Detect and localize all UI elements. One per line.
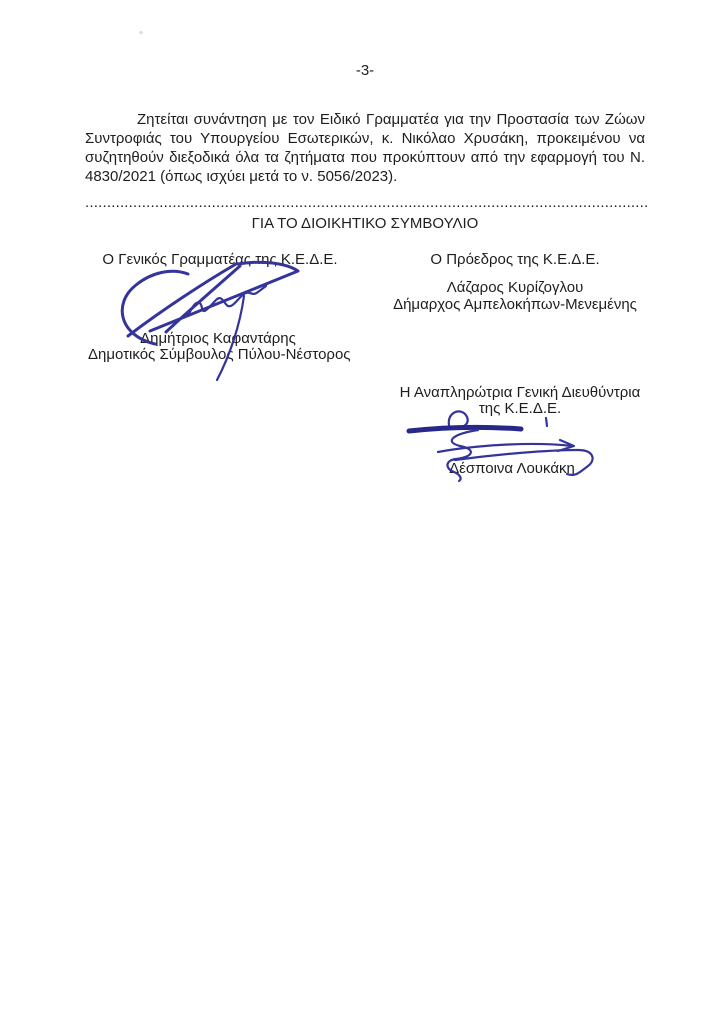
secretary-role: Ο Γενικός Γραμματέας της Κ.Ε.Δ.Ε. — [90, 251, 350, 268]
paragraph-line-2: Συντροφιάς του Υπουργείου Εσωτερικών, κ.… — [85, 129, 645, 148]
body-paragraph: Ζητείται συνάντηση με τον Ειδικό Γραμματ… — [85, 110, 645, 186]
director-role-line1: Η Αναπληρώτρια Γενική Διευθύντρια — [390, 384, 650, 401]
paragraph-line-3: συζητηθούν διεξοδικά όλα τα ζητήματα που… — [85, 148, 645, 167]
secretary-title: Δημοτικός Σύμβουλος Πύλου-Νέστορος — [88, 346, 348, 363]
president-name: Λάζαρος Κυρίζογλου — [385, 279, 645, 296]
paragraph-line-1: Ζητείται συνάντηση με τον Ειδικό Γραμματ… — [85, 110, 645, 129]
page-number: -3- — [0, 62, 724, 79]
director-role-line2: της Κ.Ε.Δ.Ε. — [390, 400, 650, 417]
document-page: -3- Ζητείται συνάντηση με τον Ειδικό Γρα… — [0, 0, 724, 1024]
secretary-signature — [105, 250, 315, 390]
director-name: Δέσποινα Λουκάκη — [382, 460, 642, 477]
dotted-separator: ........................................… — [85, 194, 647, 211]
president-title: Δήμαρχος Αμπελοκήπων-Μενεμένης — [385, 296, 645, 313]
president-role: Ο Πρόεδρος της Κ.Ε.Δ.Ε. — [385, 251, 645, 268]
secretary-name: Δημήτριος Καφαντάρης — [88, 330, 348, 347]
board-heading: ΓΙΑ ΤΟ ΔΙΟΙΚΗΤΙΚΟ ΣΥΜΒΟΥΛΙΟ — [85, 215, 645, 232]
paragraph-line-4: 4830/2021 (όπως ισχύει μετά το ν. 5056/2… — [85, 167, 645, 186]
scan-artifact — [139, 31, 143, 34]
